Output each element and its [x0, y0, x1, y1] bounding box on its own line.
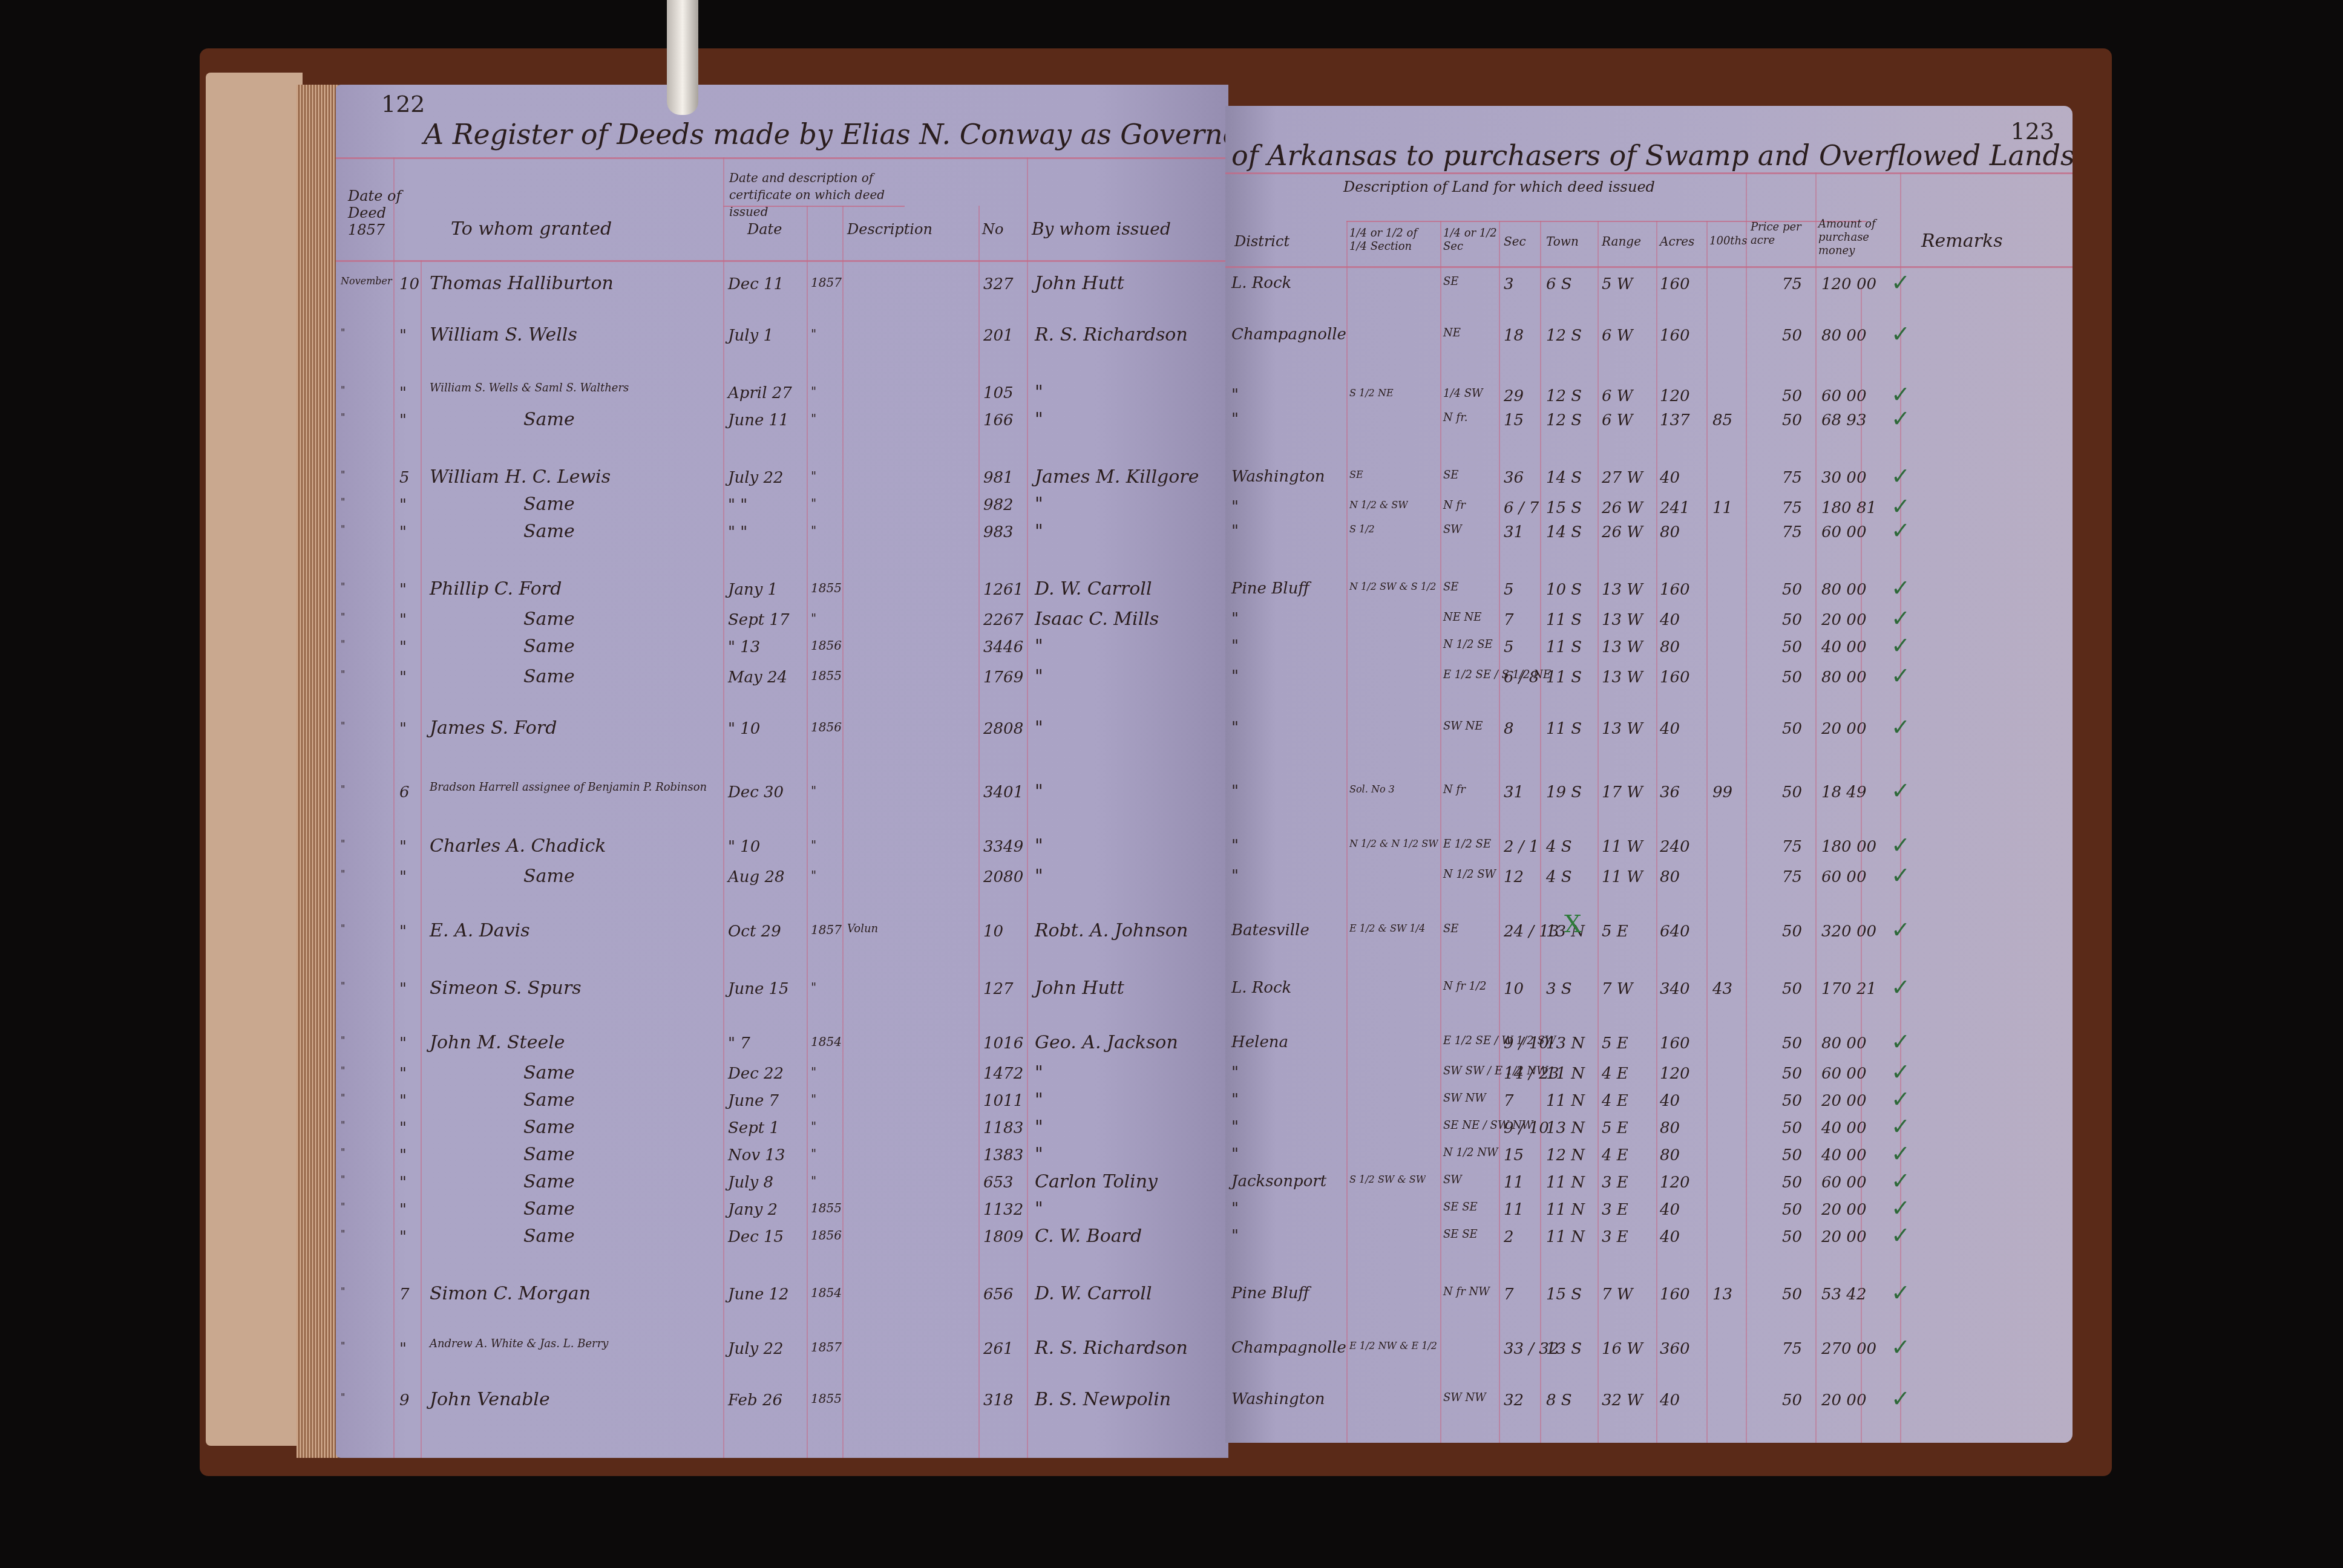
- deed-day: ": [399, 1092, 407, 1110]
- section: 36: [1504, 469, 1524, 487]
- deed-day: 5: [399, 469, 410, 487]
- check-mark-icon: ✓: [1891, 832, 1910, 858]
- section: 6 / 7: [1504, 499, 1539, 517]
- header-acres: Acres: [1660, 233, 1694, 250]
- certificate-date: Jany 1: [728, 581, 778, 599]
- deed-day: 10: [399, 275, 419, 293]
- part-of-section: S 1/2 NE: [1349, 387, 1394, 399]
- part-of-section: SE: [1349, 469, 1363, 480]
- quarter-section: SW NW: [1443, 1391, 1486, 1404]
- district: ": [1231, 782, 1239, 800]
- purchase-amount: 60 00: [1821, 523, 1866, 541]
- deed-day: 6: [399, 783, 410, 802]
- column-rule: [393, 157, 395, 1458]
- purchase-amount: 40 00: [1821, 1119, 1866, 1137]
- purchase-amount: 20 00: [1821, 611, 1866, 629]
- check-mark-icon: ✓: [1891, 1086, 1910, 1112]
- certificate-number: 105: [983, 384, 1014, 402]
- issued-by: B. S. Newpolin: [1035, 1389, 1171, 1410]
- section: 2 / 1: [1504, 838, 1539, 856]
- quarter-section: SE: [1443, 923, 1458, 935]
- district: ": [1231, 1118, 1239, 1136]
- column-rule: [1440, 221, 1441, 1443]
- deed-day: ": [399, 1340, 407, 1358]
- annotation-x-icon: X: [1564, 910, 1581, 938]
- certificate-date: " 10: [728, 720, 760, 738]
- quarter-section: SE SE: [1443, 1228, 1478, 1241]
- issued-by: ": [1035, 382, 1043, 403]
- issued-by: R. S. Richardson: [1035, 1338, 1188, 1359]
- deed-day: ": [399, 496, 407, 514]
- certificate-date: " 10: [728, 838, 760, 856]
- range: 26 W: [1602, 523, 1643, 541]
- acres-hundredths: 85: [1712, 411, 1732, 430]
- purchase-amount: 20 00: [1821, 1228, 1866, 1246]
- purchase-amount: 170 21: [1821, 980, 1876, 998]
- deed-day: ": [399, 720, 407, 738]
- range: 17 W: [1602, 783, 1643, 802]
- check-mark-icon: ✓: [1891, 974, 1910, 1001]
- certificate-number: 3401: [983, 783, 1023, 802]
- price-per-acre: 50: [1782, 923, 1802, 941]
- issued-by: Robt. A. Johnson: [1035, 920, 1188, 941]
- quarter-section: SW: [1443, 523, 1462, 536]
- part-of-section: N 1/2 & SW: [1349, 499, 1408, 511]
- acres: 360: [1660, 1340, 1690, 1358]
- range: 4 E: [1602, 1065, 1628, 1083]
- price-per-acre: 75: [1782, 1340, 1802, 1358]
- grantee-name: Same: [523, 1198, 575, 1220]
- header-price-per-acre: Price per acre: [1751, 221, 1811, 247]
- price-per-acre: 50: [1782, 411, 1802, 430]
- acres-hundredths: 11: [1712, 499, 1732, 517]
- acres: 40: [1660, 1228, 1680, 1246]
- issued-by: ": [1035, 1117, 1043, 1138]
- section: 10: [1504, 980, 1524, 998]
- section: 6 / 8: [1504, 668, 1539, 687]
- certificate-number: 1809: [983, 1228, 1023, 1246]
- township: 19 S: [1546, 783, 1582, 802]
- purchase-amount: 80 00: [1821, 668, 1866, 687]
- deed-day: ": [399, 1034, 407, 1053]
- bookmark-clip: [667, 0, 698, 115]
- grantee-name: Same: [523, 494, 575, 515]
- certificate-year: ": [811, 1119, 816, 1134]
- price-per-acre: 50: [1782, 1092, 1802, 1110]
- certificate-date: " ": [728, 523, 747, 541]
- check-mark-icon: ✓: [1891, 463, 1910, 489]
- deed-month: ": [341, 523, 345, 535]
- certificate-number: 2808: [983, 720, 1023, 738]
- quarter-section: N fr: [1443, 783, 1466, 796]
- certificate-year: ": [811, 838, 816, 852]
- certificate-number: 1261: [983, 581, 1023, 599]
- price-per-acre: 50: [1782, 327, 1802, 345]
- certificate-number: 1016: [983, 1034, 1023, 1053]
- acres: 160: [1660, 668, 1690, 687]
- certificate-number: 653: [983, 1174, 1014, 1192]
- grantee-name: E. A. Davis: [430, 920, 530, 941]
- header-district: District: [1234, 233, 1289, 250]
- section: 5: [1504, 638, 1514, 656]
- certificate-date: Feb 26: [728, 1391, 782, 1410]
- header-section: Sec: [1504, 233, 1526, 250]
- section: 9 / 10: [1504, 1034, 1549, 1053]
- issued-by: ": [1035, 866, 1043, 887]
- grantee-name: William S. Wells: [430, 324, 577, 345]
- township: 13 N: [1546, 1119, 1585, 1137]
- column-rule: [1815, 172, 1817, 1443]
- purchase-amount: 20 00: [1821, 720, 1866, 738]
- township: 11 N: [1546, 1228, 1585, 1246]
- acres: 120: [1660, 1174, 1690, 1192]
- purchase-amount: 20 00: [1821, 1201, 1866, 1219]
- certificate-date: June 12: [728, 1285, 789, 1304]
- price-per-acre: 50: [1782, 1065, 1802, 1083]
- right-page-title: of Arkansas to purchasers of Swamp and O…: [1231, 139, 2073, 172]
- acres: 40: [1660, 720, 1680, 738]
- deed-month: ": [341, 638, 345, 650]
- column-rule: [978, 206, 980, 1458]
- check-mark-icon: ✓: [1891, 1279, 1910, 1306]
- range: 5 W: [1602, 275, 1633, 293]
- district: Champagnolle: [1231, 1339, 1346, 1357]
- certificate-date: July 22: [728, 1340, 784, 1358]
- check-mark-icon: ✓: [1891, 1385, 1910, 1412]
- price-per-acre: 50: [1782, 1391, 1802, 1410]
- certificate-date: July 1: [728, 327, 773, 345]
- deed-month: ": [341, 384, 345, 396]
- township: 3 S: [1546, 980, 1572, 998]
- district: Washington: [1231, 468, 1325, 486]
- header-rule: [336, 260, 1228, 262]
- check-mark-icon: ✓: [1891, 1140, 1910, 1167]
- certificate-number: 2267: [983, 611, 1023, 629]
- check-mark-icon: ✓: [1891, 862, 1910, 889]
- grantee-name: Same: [523, 866, 575, 887]
- quarter-section: NE: [1443, 327, 1461, 339]
- deed-month: ": [341, 668, 345, 680]
- certificate-number: 982: [983, 496, 1014, 514]
- column-rule: [1706, 221, 1708, 1443]
- certificate-date: " ": [728, 496, 747, 514]
- section: 7: [1504, 1092, 1514, 1110]
- deed-month: ": [341, 838, 345, 849]
- title-rule: [1225, 172, 2073, 174]
- issued-by: ": [1035, 1198, 1043, 1220]
- certificate-date: April 27: [728, 384, 792, 402]
- price-per-acre: 50: [1782, 638, 1802, 656]
- range: 5 E: [1602, 923, 1628, 941]
- certificate-year: ": [811, 980, 816, 995]
- deed-month: ": [341, 1340, 345, 1351]
- purchase-amount: 80 00: [1821, 327, 1866, 345]
- range: 3 E: [1602, 1228, 1628, 1246]
- left-page-number: 122: [381, 91, 425, 117]
- column-rule: [1861, 287, 1862, 1443]
- column-rule: [1346, 221, 1348, 1443]
- quarter-section: N fr NW: [1443, 1285, 1490, 1298]
- certificate-number: 201: [983, 327, 1014, 345]
- check-mark-icon: ✓: [1891, 1059, 1910, 1085]
- grantee-name: John Venable: [430, 1389, 550, 1410]
- header-description: Description: [847, 221, 932, 238]
- section: 7: [1504, 1285, 1514, 1304]
- township: 15 S: [1546, 1285, 1582, 1304]
- issued-by: ": [1035, 636, 1043, 657]
- certificate-date: Dec 15: [728, 1228, 784, 1246]
- price-per-acre: 50: [1782, 611, 1802, 629]
- issued-by: D. W. Carroll: [1035, 1283, 1152, 1304]
- page-edges: [297, 85, 339, 1458]
- header-town: Town: [1546, 233, 1579, 250]
- deed-day: ": [399, 327, 407, 345]
- range: 13 W: [1602, 720, 1643, 738]
- acres: 40: [1660, 1391, 1680, 1410]
- deed-day: ": [399, 523, 407, 541]
- purchase-amount: 20 00: [1821, 1391, 1866, 1410]
- acres: 80: [1660, 1146, 1680, 1165]
- township: 8 S: [1546, 1391, 1572, 1410]
- certificate-date: June 11: [728, 411, 789, 430]
- certificate-year: 1855: [811, 668, 842, 683]
- section: 32: [1504, 1391, 1524, 1410]
- purchase-amount: 320 00: [1821, 923, 1876, 941]
- range: 13 W: [1602, 668, 1643, 687]
- grantee-name: Same: [523, 1062, 575, 1083]
- header-hundredths: 100ths: [1709, 233, 1747, 250]
- grantee-name: William H. C. Lewis: [430, 466, 611, 488]
- deed-day: ": [399, 868, 407, 886]
- check-mark-icon: ✓: [1891, 1113, 1910, 1140]
- certificate-year: 1854: [811, 1034, 842, 1049]
- issued-by: ": [1035, 409, 1043, 430]
- acres: 160: [1660, 275, 1690, 293]
- district: ": [1231, 837, 1239, 855]
- check-mark-icon: ✓: [1891, 632, 1910, 659]
- right-page: 123 of Arkansas to purchasers of Swamp a…: [1225, 106, 2073, 1443]
- certificate-number: 1472: [983, 1065, 1023, 1083]
- acres: 80: [1660, 638, 1680, 656]
- range: 27 W: [1602, 469, 1643, 487]
- certificate-number: 127: [983, 980, 1014, 998]
- acres: 160: [1660, 327, 1690, 345]
- quarter-section: N 1/2 SE: [1443, 638, 1493, 651]
- range: 7 W: [1602, 1285, 1633, 1304]
- certificate-year: 1854: [811, 1285, 842, 1300]
- left-page-title: A Register of Deeds made by Elias N. Con…: [424, 118, 1228, 151]
- deed-month: ": [341, 1034, 345, 1046]
- quarter-section: N 1/2 NW: [1443, 1146, 1498, 1159]
- price-per-acre: 75: [1782, 868, 1802, 886]
- acres: 160: [1660, 581, 1690, 599]
- deed-day: 7: [399, 1285, 410, 1304]
- acres: 120: [1660, 387, 1690, 405]
- district: ": [1231, 867, 1239, 885]
- district: Champagnolle: [1231, 325, 1346, 344]
- column-rule: [1900, 172, 1901, 1443]
- check-mark-icon: ✓: [1891, 493, 1910, 520]
- section: 11: [1504, 1201, 1524, 1219]
- column-rule: [1656, 221, 1657, 1443]
- certificate-year: ": [811, 1174, 816, 1188]
- deed-month: ": [341, 720, 345, 731]
- purchase-amount: 40 00: [1821, 1146, 1866, 1165]
- part-of-section: N 1/2 SW & S 1/2: [1349, 581, 1437, 592]
- column-rule: [421, 260, 422, 1458]
- quarter-section: N fr.: [1443, 411, 1467, 424]
- purchase-amount: 53 42: [1821, 1285, 1866, 1304]
- township: 12 N: [1546, 1146, 1585, 1165]
- certificate-date: June 15: [728, 980, 789, 998]
- deed-month: ": [341, 980, 345, 991]
- check-mark-icon: ✓: [1891, 605, 1910, 632]
- range: 6 W: [1602, 387, 1633, 405]
- issued-by: ": [1035, 521, 1043, 542]
- deed-month: ": [341, 1146, 345, 1158]
- certificate-year: 1856: [811, 638, 842, 653]
- price-per-acre: 50: [1782, 1228, 1802, 1246]
- certificate-number: 3349: [983, 838, 1023, 856]
- part-of-section: N 1/2 & N 1/2 SW: [1349, 838, 1438, 849]
- district: ": [1231, 667, 1239, 685]
- grantee-name: Same: [523, 1144, 575, 1165]
- grantee-name: Same: [523, 609, 575, 630]
- district: ": [1231, 610, 1239, 628]
- header-part-of-section: 1/4 or 1/2 of 1/4 Section: [1349, 227, 1437, 253]
- check-mark-icon: ✓: [1891, 662, 1910, 689]
- district: L. Rock: [1231, 274, 1291, 292]
- certificate-date: July 22: [728, 469, 784, 487]
- price-per-acre: 50: [1782, 1146, 1802, 1165]
- check-mark-icon: ✓: [1891, 269, 1910, 296]
- township: 14 S: [1546, 469, 1582, 487]
- grantee-name: Simeon S. Spurs: [430, 978, 582, 999]
- deed-month: ": [341, 327, 345, 338]
- section: 9 / 10: [1504, 1119, 1549, 1137]
- certificate-year: 1857: [811, 1340, 842, 1354]
- issued-by: ": [1035, 781, 1043, 802]
- acres: 80: [1660, 523, 1680, 541]
- acres: 40: [1660, 611, 1680, 629]
- check-mark-icon: ✓: [1891, 1334, 1910, 1361]
- header-date: Date: [747, 221, 782, 238]
- issued-by: ": [1035, 1062, 1043, 1083]
- township: 11 S: [1546, 638, 1582, 656]
- price-per-acre: 50: [1782, 1174, 1802, 1192]
- purchase-amount: 20 00: [1821, 1092, 1866, 1110]
- purchase-amount: 120 00: [1821, 275, 1876, 293]
- certificate-number: 327: [983, 275, 1014, 293]
- purchase-amount: 60 00: [1821, 387, 1866, 405]
- issued-by: ": [1035, 717, 1043, 739]
- grantee-name: William S. Wells & Saml S. Walthers: [430, 382, 629, 394]
- township: 11 N: [1546, 1065, 1585, 1083]
- range: 26 W: [1602, 499, 1643, 517]
- check-mark-icon: ✓: [1891, 916, 1910, 943]
- district: ": [1231, 1063, 1239, 1082]
- certificate-description: Volun: [847, 923, 878, 935]
- certificate-number: 981: [983, 469, 1014, 487]
- grantee-name: Phillip C. Ford: [430, 578, 562, 599]
- quarter-section: N 1/2 SW: [1443, 868, 1496, 881]
- range: 4 E: [1602, 1092, 1628, 1110]
- grantee-name: Same: [523, 1171, 575, 1192]
- certificate-date: Dec 11: [728, 275, 784, 293]
- township: 14 S: [1546, 523, 1582, 541]
- township: 4 S: [1546, 838, 1572, 856]
- grantee-name: Simon C. Morgan: [430, 1283, 591, 1304]
- deed-day: ": [399, 384, 407, 402]
- deed-day: ": [399, 411, 407, 430]
- township: 15 S: [1546, 499, 1582, 517]
- certificate-number: 318: [983, 1391, 1014, 1410]
- township: 12 S: [1546, 387, 1582, 405]
- issued-by: John Hutt: [1035, 273, 1124, 294]
- certificate-number: 2080: [983, 868, 1023, 886]
- purchase-amount: 180 00: [1821, 838, 1876, 856]
- certificate-year: ": [811, 469, 816, 483]
- section: 31: [1504, 783, 1524, 802]
- issued-by: ": [1035, 835, 1043, 857]
- district: ": [1231, 1145, 1239, 1163]
- part-of-section: E 1/2 NW & E 1/2 SW / SW NW of 33; S 1/2…: [1349, 1340, 1440, 1351]
- certificate-number: 1011: [983, 1092, 1023, 1110]
- quarter-section: SW: [1443, 1174, 1462, 1186]
- certificate-date: July 8: [728, 1174, 773, 1192]
- range: 13 W: [1602, 611, 1643, 629]
- issued-by: ": [1035, 494, 1043, 515]
- quarter-section: N fr 1/2: [1443, 980, 1486, 993]
- purchase-amount: 60 00: [1821, 868, 1866, 886]
- quarter-section: SE SE: [1443, 1201, 1478, 1214]
- price-per-acre: 50: [1782, 1119, 1802, 1137]
- issued-by: John Hutt: [1035, 978, 1124, 999]
- price-per-acre: 50: [1782, 783, 1802, 802]
- deed-day: ": [399, 1228, 407, 1246]
- purchase-amount: 60 00: [1821, 1174, 1866, 1192]
- district: ": [1231, 386, 1239, 404]
- issued-by: C. W. Board: [1035, 1226, 1142, 1247]
- deed-month: November: [341, 275, 392, 287]
- deed-month: ": [341, 411, 345, 423]
- price-per-acre: 50: [1782, 581, 1802, 599]
- acres: 137: [1660, 411, 1690, 430]
- township: 6 S: [1546, 275, 1572, 293]
- quarter-section: SW NE: [1443, 720, 1483, 733]
- issued-by: D. W. Carroll: [1035, 578, 1152, 599]
- acres-hundredths: 43: [1712, 980, 1732, 998]
- check-mark-icon: ✓: [1891, 1195, 1910, 1221]
- district: ": [1231, 719, 1239, 737]
- deed-day: ": [399, 1174, 407, 1192]
- header-rule: [1225, 266, 2073, 268]
- price-per-acre: 50: [1782, 980, 1802, 998]
- range: 3 E: [1602, 1201, 1628, 1219]
- certificate-year: ": [811, 384, 816, 399]
- township: 11 S: [1546, 668, 1582, 687]
- township: 11 S: [1546, 611, 1582, 629]
- issued-by: ": [1035, 666, 1043, 687]
- acres: 80: [1660, 1119, 1680, 1137]
- grantee-name: Same: [523, 1117, 575, 1138]
- certificate-number: 3446: [983, 638, 1023, 656]
- purchase-amount: 68 93: [1821, 411, 1866, 430]
- check-mark-icon: ✓: [1891, 714, 1910, 740]
- issued-by: ": [1035, 1089, 1043, 1111]
- deed-month: ": [341, 469, 345, 480]
- quarter-section: 1/4 SW: [1443, 387, 1483, 400]
